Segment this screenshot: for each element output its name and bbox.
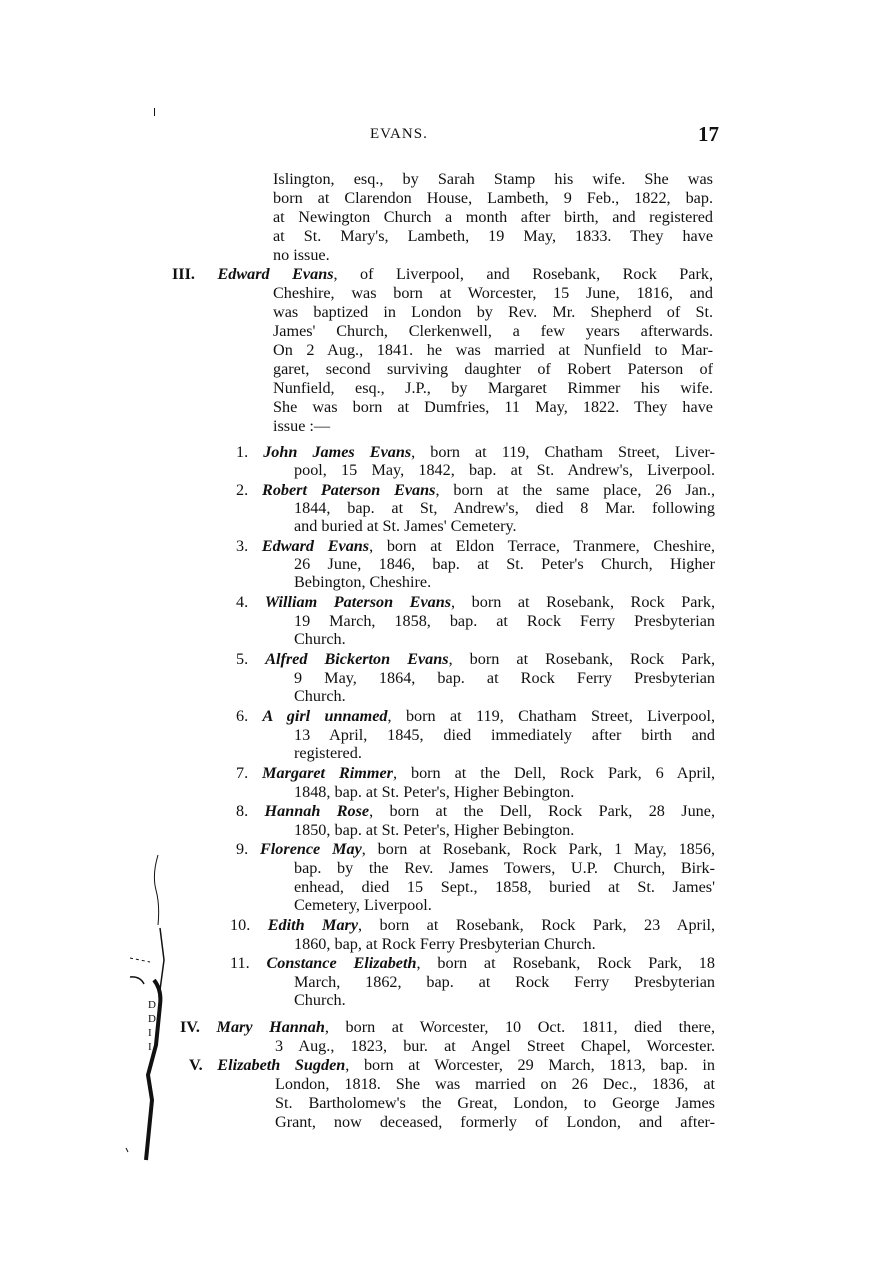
running-head: EVANS. 17 <box>0 122 893 146</box>
person-name: Hannah Rose <box>265 802 370 820</box>
entry-text: , born at Rosebank, Rock Park, 18 <box>416 954 715 972</box>
text-line: Cheshire, was born at Worcester, 15 June… <box>273 284 713 303</box>
child-number: 5. <box>236 650 248 668</box>
child-entry-2: 2. Robert Paterson Evans, born at the sa… <box>236 481 715 500</box>
text-line: at St. Mary's, Lambeth, 19 May, 1833. Th… <box>273 227 713 246</box>
child-entry-4: 4. William Paterson Evans, born at Roseb… <box>236 593 715 612</box>
child-entry-8: 8. Hannah Rose, born at the Dell, Rock P… <box>236 802 715 821</box>
text-line: 1844, bap. at St, Andrew's, died 8 Mar. … <box>294 499 715 518</box>
entry-heading-IV: IV. Mary Hannah, born at Worcester, 10 O… <box>180 1018 715 1037</box>
svg-text:D: D <box>148 999 156 1011</box>
child-number: 7. <box>236 764 248 782</box>
entry-heading-III: III. Edward Evans, of Liverpool, and Ros… <box>172 265 713 284</box>
page-number: 17 <box>698 122 719 147</box>
entry-numeral: III. <box>172 265 195 283</box>
text-line: was baptized in London by Rev. Mr. Sheph… <box>273 303 713 322</box>
child-number: 9. <box>236 840 248 858</box>
child-number: 10. <box>230 916 250 934</box>
text-line: 3 Aug., 1823, bur. at Angel Street Chape… <box>275 1037 715 1056</box>
entry-text: , of Liverpool, and Rosebank, Rock Park, <box>334 265 714 283</box>
text-line: 1848, bap. at St. Peter's, Higher Bebing… <box>294 783 574 802</box>
text-line: Islington, esq., by Sarah Stamp his wife… <box>273 170 713 189</box>
entry-text: , born at 119, Chatham Street, Liverpool… <box>388 707 715 725</box>
entry-text: , born at Eldon Terrace, Tranmere, Chesh… <box>369 537 715 555</box>
child-entry-7: 7. Margaret Rimmer, born at the Dell, Ro… <box>236 764 715 783</box>
child-entry-6: 6. A girl unnamed, born at 119, Chatham … <box>236 707 715 726</box>
child-number: 1. <box>236 443 248 461</box>
text-line: March, 1862, bap. at Rock Ferry Presbyte… <box>294 973 715 992</box>
person-name: Constance Elizabeth <box>267 954 417 972</box>
text-line: Church. <box>294 687 346 706</box>
person-name: Robert Paterson Evans <box>262 481 435 499</box>
text-line: Nunfield, esq., J.P., by Margaret Rimmer… <box>273 379 713 398</box>
entry-text: , born at 119, Chatham Street, Liver- <box>411 443 715 461</box>
person-name: Edward Evans <box>217 265 333 283</box>
entry-text: , born at Rosebank, Rock Park, 1 May, 18… <box>362 840 715 858</box>
text-line: 1850, bap. at St. Peter's, Higher Bebing… <box>294 821 574 840</box>
entry-heading-V: V. Elizabeth Sugden, born at Worcester, … <box>189 1056 715 1075</box>
person-name: Edith Mary <box>268 916 358 934</box>
child-entry-5: 5. Alfred Bickerton Evans, born at Roseb… <box>236 650 715 669</box>
person-name: A girl unnamed <box>263 707 388 725</box>
entry-text: , born at the same place, 26 Jan., <box>435 481 715 499</box>
person-name: William Paterson Evans <box>265 593 451 611</box>
text-line: at Newington Church a month after birth,… <box>273 208 713 227</box>
person-name: Alfred Bickerton Evans <box>265 650 448 668</box>
text-line: Church. <box>294 991 346 1010</box>
text-line: St. Bartholomew's the Great, London, to … <box>275 1094 715 1113</box>
child-entry-1: 1. John James Evans, born at 119, Chatha… <box>236 443 715 462</box>
person-name: Edward Evans <box>262 537 369 555</box>
text-line: London, 1818. She was married on 26 Dec.… <box>275 1075 715 1094</box>
text-line: 1860, bap, at Rock Ferry Presbyterian Ch… <box>294 935 596 954</box>
scan-artifact <box>154 108 155 116</box>
child-number: 11. <box>230 954 250 972</box>
entry-text: , born at the Dell, Rock Park, 6 April, <box>393 764 715 782</box>
child-number: 4. <box>236 593 248 611</box>
entry-text: , born at Worcester, 29 March, 1813, bap… <box>345 1056 715 1074</box>
entry-text: , born at Worcester, 10 Oct. 1811, died … <box>325 1018 715 1036</box>
text-line: registered. <box>294 744 362 763</box>
text-line: no issue. <box>273 246 330 265</box>
text-line: 26 June, 1846, bap. at St. Peter's Churc… <box>294 555 715 574</box>
text-line: She was born at Dumfries, 11 May, 1822. … <box>273 398 713 417</box>
text-line: 13 April, 1845, died immediately after b… <box>294 726 715 745</box>
person-name: Margaret Rimmer <box>262 764 393 782</box>
entry-text: , born at Rosebank, Rock Park, <box>449 650 715 668</box>
entry-text: , born at the Dell, Rock Park, 28 June, <box>369 802 715 820</box>
text-line: 9 May, 1864, bap. at Rock Ferry Presbyte… <box>294 669 715 688</box>
text-line: Cemetery, Liverpool. <box>294 896 432 915</box>
text-line: and buried at St. James' Cemetery. <box>294 517 517 536</box>
child-number: 3. <box>236 537 248 555</box>
text-line: issue :— <box>273 417 330 436</box>
text-line: pool, 15 May, 1842, bap. at St. Andrew's… <box>294 461 715 480</box>
child-number: 6. <box>236 707 248 725</box>
running-head-title: EVANS. <box>370 126 428 143</box>
person-name: Florence May <box>260 840 362 858</box>
child-number: 2. <box>236 481 248 499</box>
child-entry-3: 3. Edward Evans, born at Eldon Terrace, … <box>236 537 715 556</box>
person-name: John James Evans <box>263 443 411 461</box>
child-entry-11: 11. Constance Elizabeth, born at Roseban… <box>230 954 715 973</box>
text-line: On 2 Aug., 1841. he was married at Nunfi… <box>273 341 713 360</box>
text-line: 19 March, 1858, bap. at Rock Ferry Presb… <box>294 612 715 631</box>
text-line: Bebington, Cheshire. <box>294 573 431 592</box>
text-line: born at Clarendon House, Lambeth, 9 Feb.… <box>273 189 713 208</box>
text-line: enhead, died 15 Sept., 1858, buried at S… <box>294 878 715 897</box>
person-name: Mary Hannah <box>217 1018 325 1036</box>
svg-text:D: D <box>148 1013 156 1025</box>
person-name: Elizabeth Sugden <box>217 1056 345 1074</box>
text-line: James' Church, Clerkenwell, a few years … <box>273 322 713 341</box>
text-line: Church. <box>294 630 346 649</box>
entry-text: , born at Rosebank, Rock Park, 23 April, <box>358 916 715 934</box>
child-number: 8. <box>236 802 248 820</box>
text-line: Grant, now deceased, formerly of London,… <box>275 1113 715 1132</box>
entry-text: , born at Rosebank, Rock Park, <box>451 593 715 611</box>
text-line: bap. by the Rev. James Towers, U.P. Chur… <box>294 859 715 878</box>
binding-edge-artifact: D D I I <box>110 830 200 1170</box>
book-page: EVANS. 17 Islington, esq., by Sarah Stam… <box>0 0 893 1263</box>
text-line: garet, second surviving daughter of Robe… <box>273 360 713 379</box>
child-entry-10: 10. Edith Mary, born at Rosebank, Rock P… <box>230 916 715 935</box>
svg-text:I: I <box>148 1027 152 1039</box>
child-entry-9: 9. Florence May, born at Rosebank, Rock … <box>236 840 715 859</box>
svg-text:I: I <box>148 1041 152 1053</box>
